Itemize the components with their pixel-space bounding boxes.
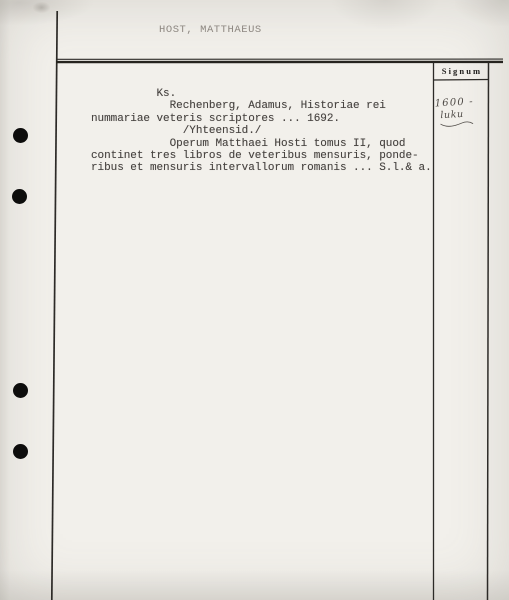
card-heading: HOST, MATTHAEUS	[159, 24, 262, 36]
punch-hole	[13, 383, 28, 398]
catalog-card: HOST, MATTHAEUS Ks. Rechenberg, Adamus, …	[0, 0, 509, 600]
signum-right-rule	[488, 62, 489, 600]
signum-label: Signum	[440, 66, 482, 76]
catalog-entry-text: Ks. Rechenberg, Adamus, Historiae rei nu…	[91, 88, 432, 175]
scan-smudge	[0, 570, 509, 600]
scan-smudge	[0, 0, 10, 600]
scan-smudge	[330, 0, 440, 30]
scan-smudge	[455, 0, 509, 26]
scan-smudge	[0, 0, 95, 26]
punch-hole	[13, 128, 28, 143]
punch-hole	[12, 189, 27, 204]
handwriting-swash	[440, 119, 474, 129]
signum-handwritten-value: 1600 - luku	[434, 96, 490, 122]
punch-hole	[13, 444, 28, 459]
scan-smudge	[33, 2, 50, 13]
signum-header-cell: Signum	[434, 62, 488, 80]
left-vertical-rule	[52, 11, 57, 600]
